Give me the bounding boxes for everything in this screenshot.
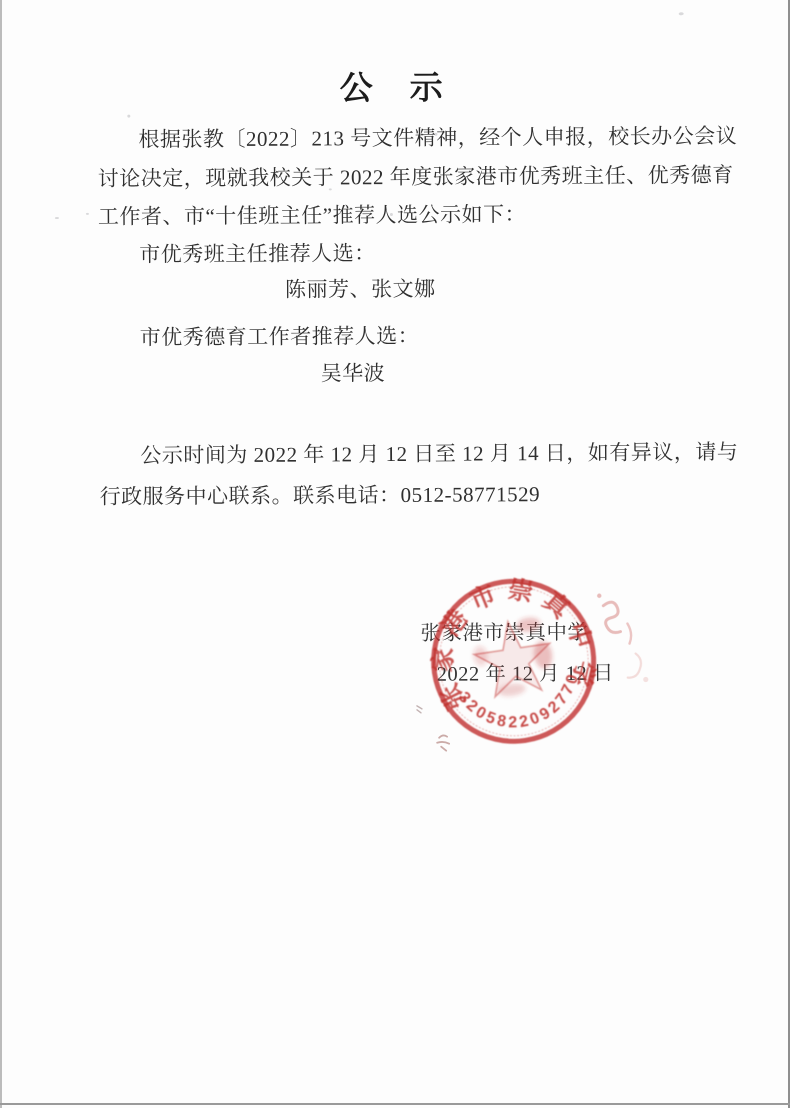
dust-speck [55, 217, 59, 219]
section1-names: 陈丽芳、张文娜 [0, 275, 755, 304]
ink-flecks [409, 698, 469, 758]
scan-edge-bottom [0, 1103, 790, 1105]
section2-label: 市优秀德育工作者推荐人选： [140, 324, 420, 350]
para1-line1: 根据张教〔2022〕213 号文件精神，经个人申报，校长办公会议 [138, 124, 737, 152]
scanned-notice-page: 公 示 根据张教〔2022〕213 号文件精神，经个人申报，校长办公会议 讨论决… [0, 0, 790, 1108]
document-content: 公 示 根据张教〔2022〕213 号文件精神，经个人申报，校长办公会议 讨论决… [0, 0, 790, 1108]
dust-speck [329, 188, 332, 190]
dust-speck [679, 12, 684, 15]
dust-speck [127, 115, 130, 118]
para1-line3: 工作者、市“十佳班主任”推荐人选公示如下： [98, 202, 526, 229]
scan-edge-left [0, 0, 2, 1108]
section2-names: 吴华波 [0, 359, 748, 388]
dust-speck [390, 213, 393, 216]
page-title: 公 示 [0, 60, 787, 112]
dust-speck [434, 133, 437, 136]
dust-speck [86, 213, 89, 215]
para1-line2: 讨论决定，现就我校关于 2022 年度张家港市优秀班主任、优秀德育 [98, 163, 734, 191]
section1-label: 市优秀班主任推荐人选： [139, 241, 376, 266]
para2-line2: 行政服务中心联系。联系电话：0512-58771529 [100, 482, 541, 509]
stamp-smudge [575, 583, 686, 714]
para2-line1: 公示时间为 2022 年 12 月 12 日至 12 月 14 日，如有异议，请… [140, 440, 738, 468]
